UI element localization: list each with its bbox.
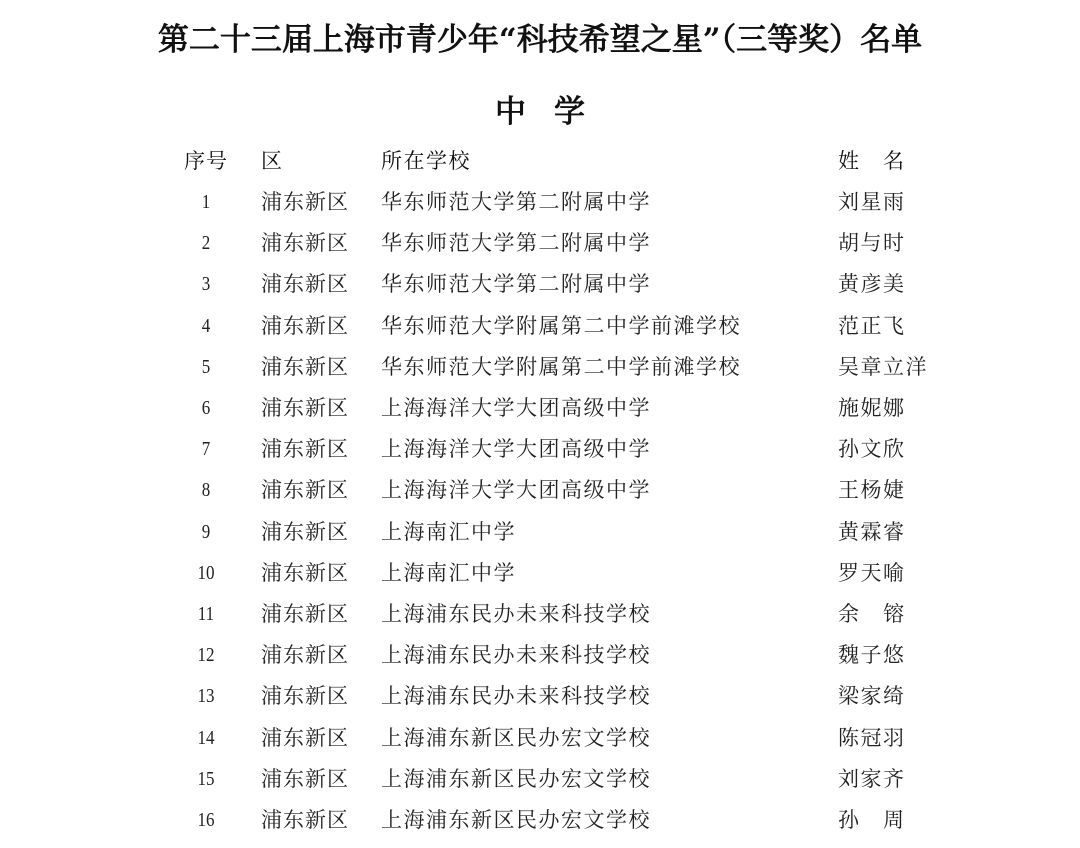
cell-no: 16 (181, 800, 232, 841)
table-row: 1浦东新区华东师范大学第二附属中学刘星雨 (0, 182, 1080, 223)
table-row: 7浦东新区上海海洋大学大团高级中学孙文欣 (0, 429, 1080, 470)
cell-name: 魏子悠 (838, 635, 906, 676)
table-row: 13浦东新区上海浦东民办未来科技学校梁家绮 (0, 676, 1080, 717)
section-heading-char: 学 (554, 90, 585, 134)
table-row: 4浦东新区华东师范大学附属第二中学前滩学校范正飞 (0, 306, 1080, 347)
table-header: 序号 区 所在学校 姓 名 (0, 141, 1080, 182)
cell-school: 华东师范大学第二附属中学 (381, 223, 651, 264)
section-heading-char: 中 (495, 90, 526, 134)
table-row: 15浦东新区上海浦东新区民办宏文学校刘家齐 (0, 759, 1080, 800)
table-row: 11浦东新区上海浦东民办未来科技学校余 镕 (0, 594, 1080, 635)
cell-district: 浦东新区 (261, 594, 349, 635)
cell-name: 梁家绮 (838, 676, 906, 717)
cell-name: 刘星雨 (838, 182, 906, 223)
table-row: 10浦东新区上海南汇中学罗天喻 (0, 553, 1080, 594)
table-row: 6浦东新区上海海洋大学大团高级中学施妮娜 (0, 388, 1080, 429)
cell-district: 浦东新区 (261, 264, 349, 305)
cell-district: 浦东新区 (261, 676, 349, 717)
cell-school: 上海海洋大学大团高级中学 (381, 470, 651, 511)
cell-district: 浦东新区 (261, 800, 349, 841)
cell-school: 上海海洋大学大团高级中学 (381, 388, 651, 429)
cell-district: 浦东新区 (261, 470, 349, 511)
cell-school: 上海浦东新区民办宏文学校 (381, 800, 651, 841)
cell-school: 华东师范大学第二附属中学 (381, 264, 651, 305)
header-name: 姓 名 (838, 141, 906, 182)
cell-name: 黄霖睿 (838, 512, 906, 553)
cell-name: 罗天喻 (838, 553, 906, 594)
cell-district: 浦东新区 (261, 512, 349, 553)
cell-name: 刘家齐 (838, 759, 906, 800)
cell-district: 浦东新区 (261, 553, 349, 594)
cell-school: 上海南汇中学 (381, 512, 516, 553)
cell-district: 浦东新区 (261, 223, 349, 264)
cell-district: 浦东新区 (261, 718, 349, 759)
cell-school: 华东师范大学附属第二中学前滩学校 (381, 347, 741, 388)
table-row: 8浦东新区上海海洋大学大团高级中学王杨婕 (0, 470, 1080, 511)
table-row: 2浦东新区华东师范大学第二附属中学胡与时 (0, 223, 1080, 264)
cell-school: 华东师范大学第二附属中学 (381, 182, 651, 223)
table-row: 5浦东新区华东师范大学附属第二中学前滩学校吴章立洋 (0, 347, 1080, 388)
cell-no: 3 (181, 264, 232, 305)
cell-no: 8 (181, 470, 232, 511)
header-school: 所在学校 (381, 141, 471, 182)
cell-no: 15 (181, 759, 232, 800)
cell-name: 王杨婕 (838, 470, 906, 511)
cell-name: 黄彦美 (838, 264, 906, 305)
cell-name: 余 镕 (838, 594, 906, 635)
cell-no: 9 (181, 512, 232, 553)
table-row: 9浦东新区上海南汇中学黄霖睿 (0, 512, 1080, 553)
cell-school: 上海浦东新区民办宏文学校 (381, 718, 651, 759)
cell-name: 胡与时 (838, 223, 906, 264)
cell-no: 13 (181, 676, 232, 717)
cell-district: 浦东新区 (261, 306, 349, 347)
cell-school: 上海浦东民办未来科技学校 (381, 635, 651, 676)
cell-name: 施妮娜 (838, 388, 906, 429)
cell-school: 上海海洋大学大团高级中学 (381, 429, 651, 470)
cell-name: 陈冠羽 (838, 718, 906, 759)
cell-school: 华东师范大学附属第二中学前滩学校 (381, 306, 741, 347)
cell-school: 上海浦东民办未来科技学校 (381, 594, 651, 635)
cell-no: 10 (181, 553, 232, 594)
header-district: 区 (261, 141, 283, 182)
cell-district: 浦东新区 (261, 635, 349, 676)
document-title: 第二十三届上海市青少年“科技希望之星”（三等奖）名单 (0, 18, 1080, 62)
cell-district: 浦东新区 (261, 347, 349, 388)
cell-district: 浦东新区 (261, 388, 349, 429)
cell-school: 上海南汇中学 (381, 553, 516, 594)
cell-no: 1 (181, 182, 232, 223)
cell-no: 2 (181, 223, 232, 264)
cell-no: 4 (181, 306, 232, 347)
table-row: 16浦东新区上海浦东新区民办宏文学校孙 周 (0, 800, 1080, 841)
cell-name: 吴章立洋 (838, 347, 928, 388)
cell-no: 14 (181, 718, 232, 759)
cell-no: 12 (181, 635, 232, 676)
table-row: 14浦东新区上海浦东新区民办宏文学校陈冠羽 (0, 718, 1080, 759)
table-row: 3浦东新区华东师范大学第二附属中学黄彦美 (0, 264, 1080, 305)
cell-no: 11 (181, 594, 232, 635)
cell-name: 孙 周 (838, 800, 906, 841)
cell-no: 6 (181, 388, 232, 429)
cell-district: 浦东新区 (261, 759, 349, 800)
section-heading: 中学 (0, 90, 1080, 134)
table-row: 12浦东新区上海浦东民办未来科技学校魏子悠 (0, 635, 1080, 676)
cell-school: 上海浦东民办未来科技学校 (381, 676, 651, 717)
header-no: 序号 (184, 141, 228, 182)
cell-district: 浦东新区 (261, 429, 349, 470)
cell-name: 范正飞 (838, 306, 906, 347)
cell-name: 孙文欣 (838, 429, 906, 470)
cell-no: 7 (181, 429, 232, 470)
cell-school: 上海浦东新区民办宏文学校 (381, 759, 651, 800)
cell-district: 浦东新区 (261, 182, 349, 223)
cell-no: 5 (181, 347, 232, 388)
